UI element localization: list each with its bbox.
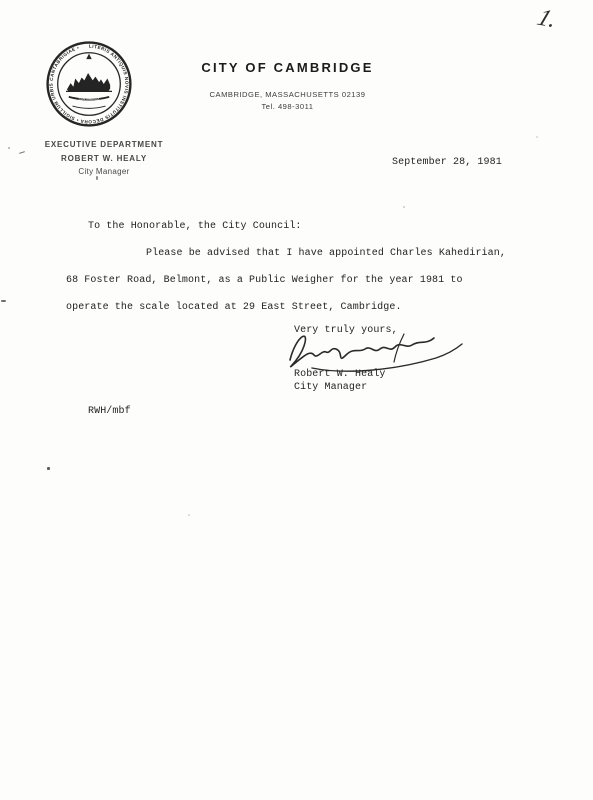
typed-signer-title: City Manager bbox=[294, 382, 367, 393]
executive-department-block: EXECUTIVE DEPARTMENT ROBERT W. HEALY Cit… bbox=[18, 140, 190, 176]
scan-speck bbox=[403, 206, 405, 208]
seal-banner-text: CANTABRIGIA bbox=[79, 97, 101, 101]
letter-body-line: operate the scale located at 29 East Str… bbox=[66, 302, 402, 313]
letter-page: LITERIS ANTIQUIS NOVIS INSTITUTIS DECORA… bbox=[0, 0, 593, 800]
letter-date: September 28, 1981 bbox=[392, 157, 502, 168]
letterhead-title: CITY OF CAMBRIDGE bbox=[160, 60, 415, 75]
scan-speck bbox=[1, 300, 6, 302]
reference-initials: RWH/mbf bbox=[88, 406, 131, 417]
scan-speck bbox=[188, 514, 190, 516]
seal-crest-icon bbox=[86, 54, 92, 60]
city-manager-name: ROBERT W. HEALY bbox=[18, 154, 190, 163]
letterhead-address: CAMBRIDGE, MASSACHUSETTS 02139 bbox=[160, 90, 415, 99]
letter-salutation: To the Honorable, the City Council: bbox=[88, 221, 302, 232]
scan-speck bbox=[96, 176, 98, 180]
letterhead: CITY OF CAMBRIDGE CAMBRIDGE, MASSACHUSET… bbox=[160, 60, 415, 111]
letterhead-phone: Tel. 498-3011 bbox=[160, 102, 415, 111]
scan-speck bbox=[47, 467, 50, 470]
letter-body-line: 68 Foster Road, Belmont, as a Public Wei… bbox=[66, 275, 463, 286]
city-of-cambridge-seal-icon: LITERIS ANTIQUIS NOVIS INSTITUTIS DECORA… bbox=[43, 38, 135, 130]
typed-signer-name: Robert W. Healy bbox=[294, 369, 386, 380]
letter-body-line: Please be advised that I have appointed … bbox=[146, 248, 506, 259]
department-name: EXECUTIVE DEPARTMENT bbox=[18, 140, 190, 149]
scan-speck bbox=[8, 147, 10, 149]
scan-speck bbox=[536, 136, 538, 138]
city-manager-title: City Manager bbox=[18, 167, 190, 176]
seal-scene-icon bbox=[67, 73, 110, 91]
handwritten-page-number: 1. bbox=[533, 5, 561, 34]
